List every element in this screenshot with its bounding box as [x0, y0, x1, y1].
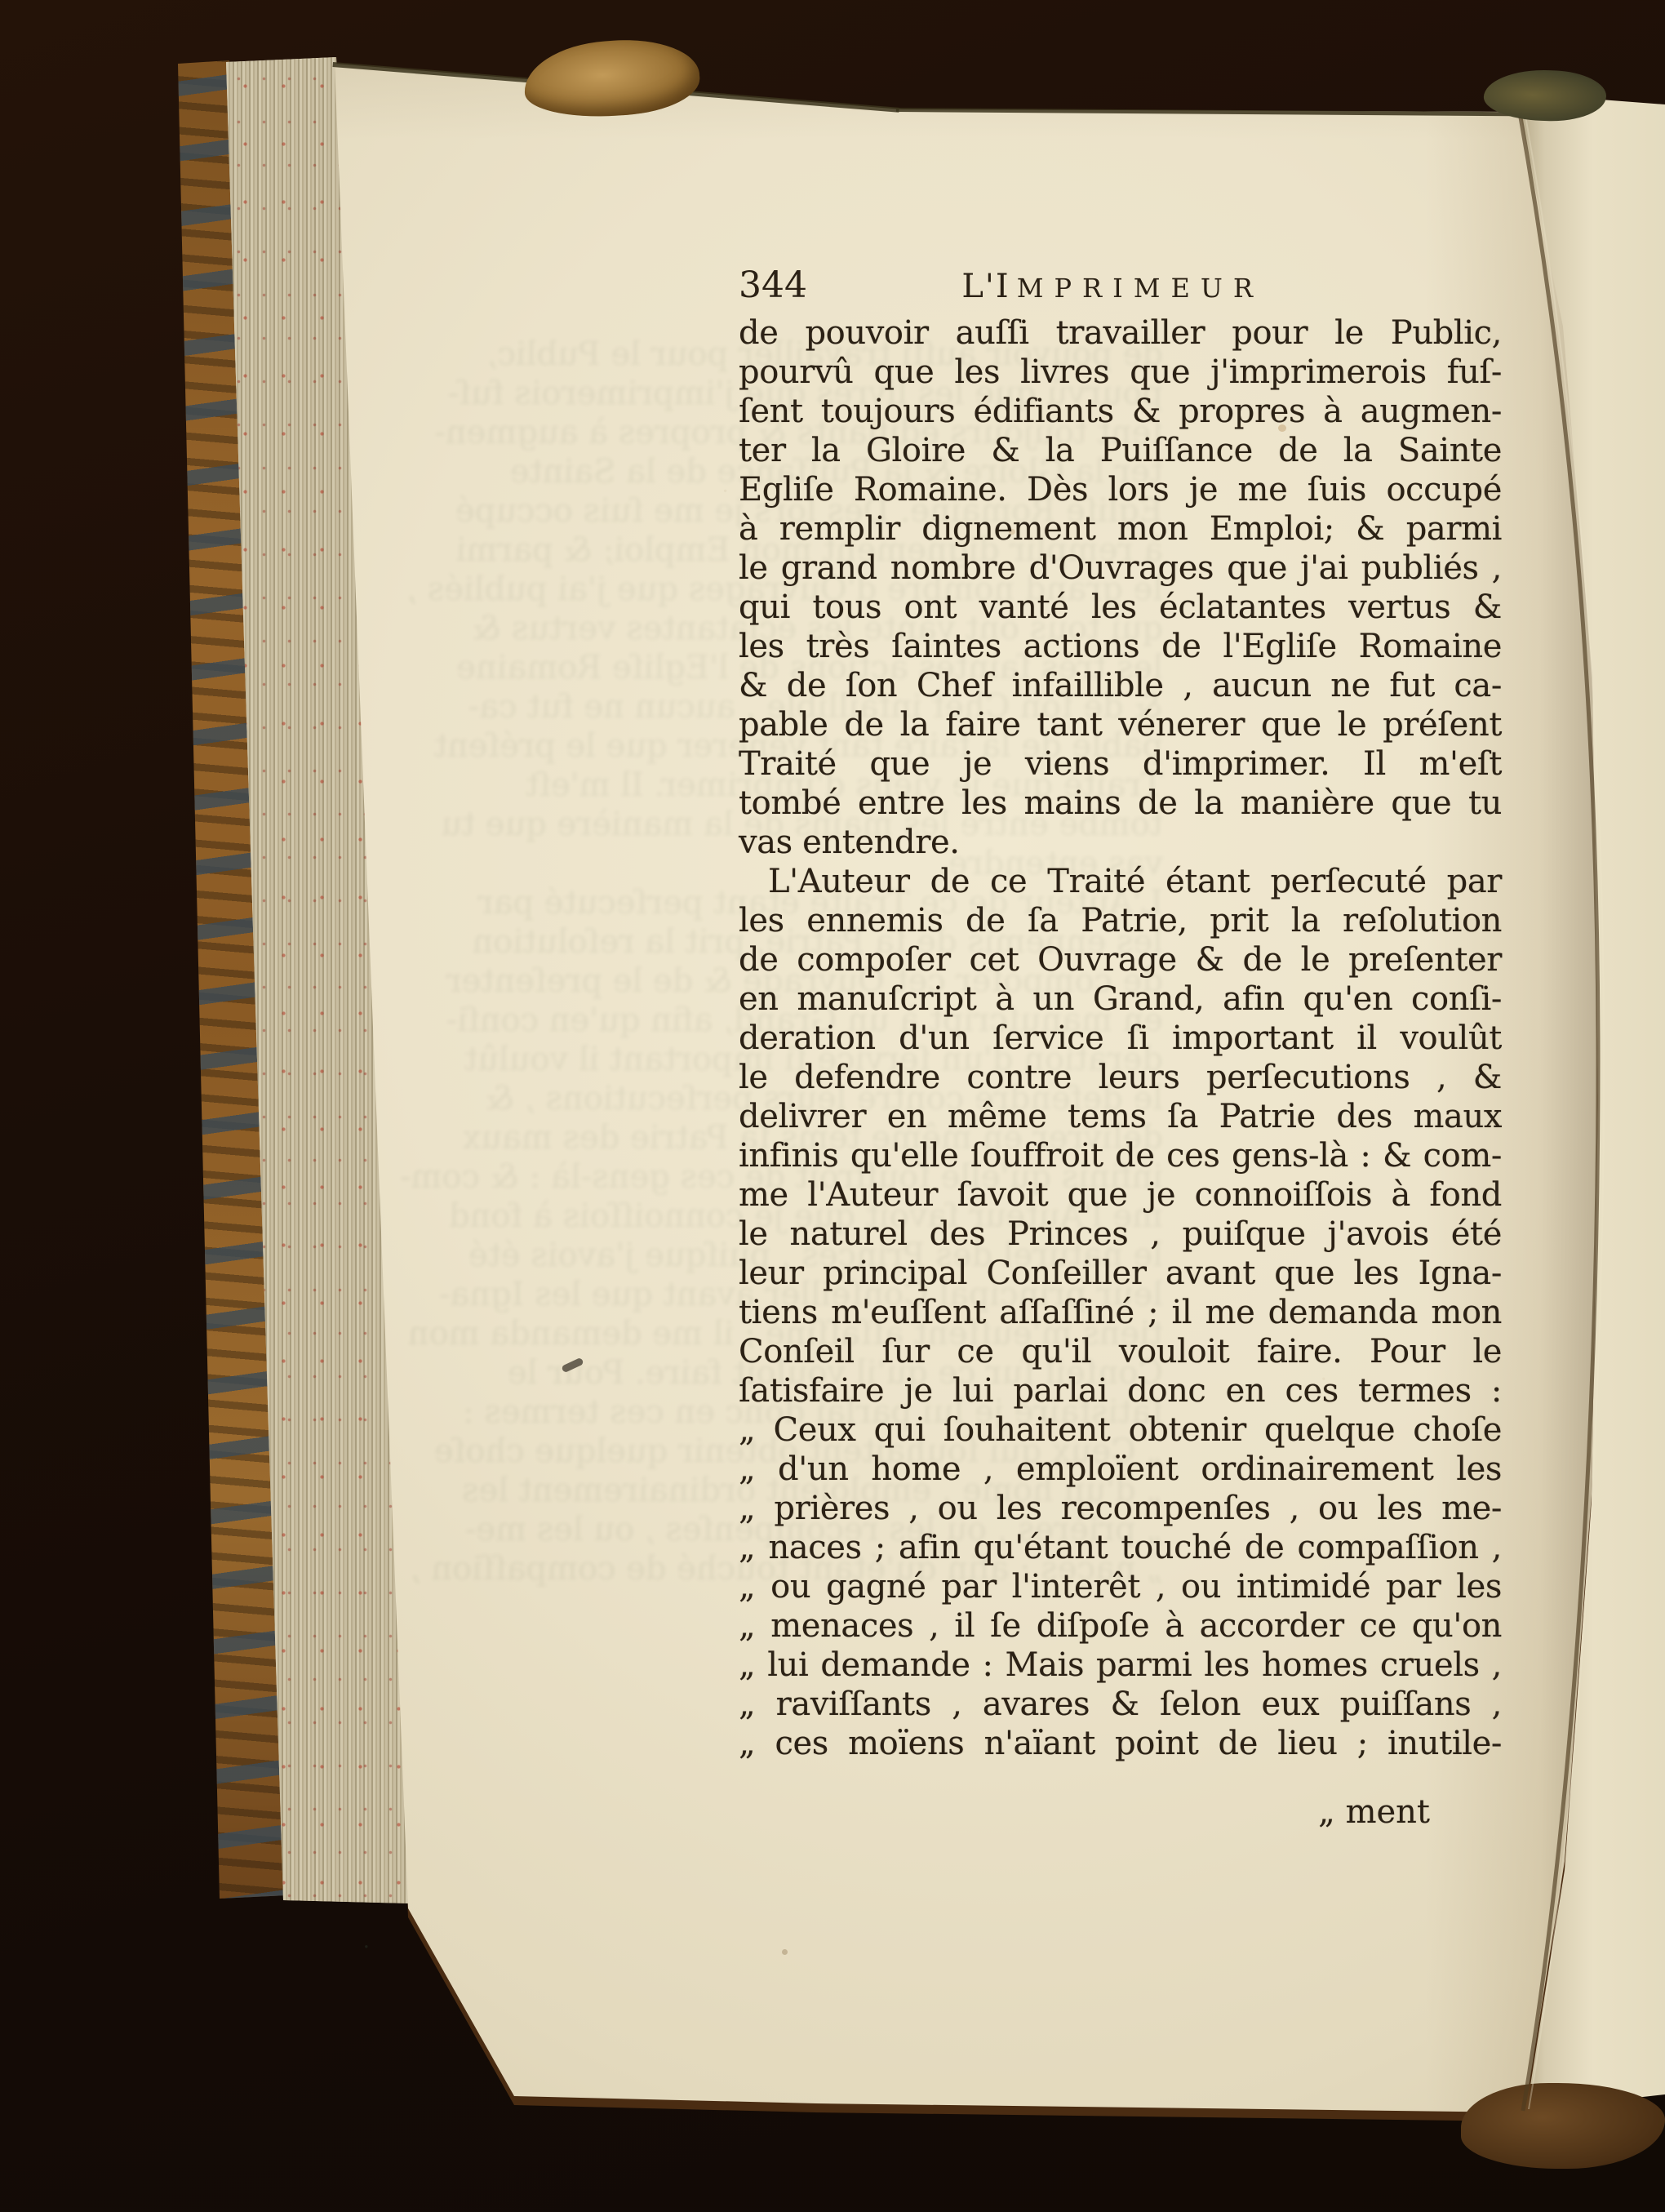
text-line: & de ſon Chef infaillible , aucun ne fut…: [739, 666, 1502, 705]
text-line: pourvû que les livres que j'imprimerois …: [739, 353, 1502, 392]
text-line: Egliſe Romaine. Dès lors je me ſuis occu…: [739, 470, 1502, 509]
text-line: „ menaces , il ſe diſpoſe à accorder ce …: [739, 1606, 1502, 1646]
text-line: tombé entre les mains de la manière que …: [739, 784, 1502, 823]
text-line: tiens m'euſſent aſſaſſiné ; il me demand…: [739, 1293, 1502, 1332]
text-line: vas entendre.: [739, 823, 1502, 862]
text-line: leur principal Conſeiller avant que les …: [739, 1254, 1502, 1293]
text-line: delivrer en même tems ſa Patrie des maux: [739, 1097, 1502, 1136]
text-line: „ naces ; afin qu'étant touché de compaſ…: [739, 1528, 1502, 1567]
text-block: 344 L'IMPRIMEUR de pouvoir auſſi travail…: [739, 263, 1502, 1832]
text-line: ſent toujours édifiants & propres à augm…: [739, 392, 1502, 431]
text-line: „ ou gagné par l'interêt , ou intimidé p…: [739, 1567, 1502, 1606]
body-lines: de pouvoir auſſi travailler pour le Publ…: [739, 313, 1502, 1763]
text-line: „ Ceux qui ſouhaitent obtenir quelque ch…: [739, 1410, 1502, 1450]
catchword: „ ment: [739, 1792, 1502, 1832]
text-line: le defendre contre leurs perſecutions , …: [739, 1058, 1502, 1097]
text-line: de compoſer cet Ouvrage & de le preſente…: [739, 940, 1502, 979]
text-line: me l'Auteur ſavoit que je connoiſſois à …: [739, 1175, 1502, 1215]
text-line: ter la Gloire & la Puiſſance de la Saint…: [739, 431, 1502, 470]
page-number: 344: [739, 264, 807, 306]
photo-of-book-page: { "document": { "page_number": "344", "r…: [0, 0, 1665, 2212]
text-line: le naturel des Princes , puiſque j'avois…: [739, 1215, 1502, 1254]
text-line: „ raviſſants , avares & ſelon eux puiſſa…: [739, 1685, 1502, 1724]
text-line: Conſeil ſur ce qu'il vouloit faire. Pour…: [739, 1332, 1502, 1371]
running-title-lead: L'I: [961, 268, 1010, 305]
foxing-spot: [782, 1949, 788, 1955]
running-title: L'IMPRIMEUR: [961, 268, 1263, 305]
text-line: „ lui demande : Mais parmi les homes cru…: [739, 1646, 1502, 1685]
text-line: infinis qu'elle ſouffroit de ces gens-là…: [739, 1136, 1502, 1175]
text-line: en manuſcript à un Grand, afin qu'en con…: [739, 979, 1502, 1019]
text-line: L'Auteur de ce Traité étant perſecuté pa…: [739, 862, 1502, 901]
text-line: ſatisfaire je lui parlai donc en ces ter…: [739, 1371, 1502, 1410]
text-line: Traité que je viens d'imprimer. Il m'eſt: [739, 744, 1502, 784]
text-line: les ennemis de ſa Patrie, prit la reſolu…: [739, 901, 1502, 940]
text-line: de pouvoir auſſi travailler pour le Publ…: [739, 313, 1502, 353]
text-line: „ d'un home , emploïent ordinairement le…: [739, 1450, 1502, 1489]
running-header: 344 L'IMPRIMEUR: [739, 263, 1502, 310]
text-line: à remplir dignement mon Emploi; & parmi: [739, 509, 1502, 549]
text-line: „ ces moïens n'aïant point de lieu ; inu…: [739, 1724, 1502, 1763]
text-line: „ prières , ou les recompenſes , ou les …: [739, 1489, 1502, 1528]
text-line: les très ſaintes actions de l'Egliſe Rom…: [739, 627, 1502, 666]
text-line: qui tous ont vanté les éclatantes vertus…: [739, 588, 1502, 627]
text-line: deration d'un ſervice ſi important il vo…: [739, 1019, 1502, 1058]
text-line: le grand nombre d'Ouvrages que j'ai publ…: [739, 549, 1502, 588]
running-title-rest: MPRIMEUR: [1017, 273, 1263, 304]
text-line: pable de la faire tant vénerer que le pr…: [739, 705, 1502, 744]
